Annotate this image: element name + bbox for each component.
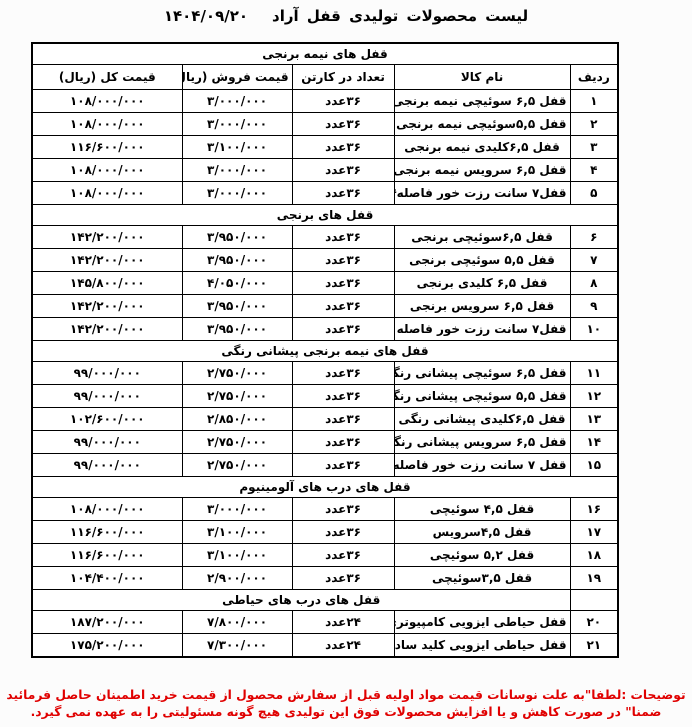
product-row: ۱۶قفل ۴,۵ سوئیچی۳۶عدد۳/۰۰۰/۰۰۰۱۰۸/۰۰۰/۰۰… — [32, 498, 618, 521]
cell-sale-price: ۳/۱۰۰/۰۰۰ — [182, 136, 292, 159]
cell-carton-qty: ۳۶عدد — [292, 90, 394, 113]
cell-sale-price: ۲/۷۵۰/۰۰۰ — [182, 362, 292, 385]
cell-carton-qty: ۳۶عدد — [292, 182, 394, 205]
cell-sale-price: ۳/۰۰۰/۰۰۰ — [182, 90, 292, 113]
page-title: لیست محصولات تولیدی قفل آراد — [272, 7, 528, 25]
cell-product-name: قفل ۶,۵ سوئیچی نیمه برنجی — [394, 90, 570, 113]
cell-sale-price: ۳/۰۰۰/۰۰۰ — [182, 182, 292, 205]
cell-sale-price: ۳/۱۰۰/۰۰۰ — [182, 521, 292, 544]
cell-sale-price: ۷/۳۰۰/۰۰۰ — [182, 634, 292, 658]
cell-total-price: ۱۷۵/۲۰۰/۰۰۰ — [32, 634, 182, 658]
product-row: ۲قفل ۵,۵سوئیچی نیمه برنجی۳۶عدد۳/۰۰۰/۰۰۰۱… — [32, 113, 618, 136]
cell-row-number: ۲۱ — [570, 634, 618, 658]
page-title-row: لیست محصولات تولیدی قفل آراد۱۴۰۴/۰۹/۲۰ — [0, 7, 692, 25]
cell-product-name: قفل ۶,۵کلیدی پیشانی رنگی — [394, 408, 570, 431]
cell-total-price: ۹۹/۰۰۰/۰۰۰ — [32, 454, 182, 477]
cell-total-price: ۱۰۸/۰۰۰/۰۰۰ — [32, 182, 182, 205]
product-row: ۱۱قفل ۶,۵ سوئیچی پیشانی رنگی۳۶عدد۲/۷۵۰/۰… — [32, 362, 618, 385]
cell-row-number: ۶ — [570, 226, 618, 249]
cell-product-name: قفل ۶,۵سوئیچی برنجی — [394, 226, 570, 249]
cell-product-name: قفل ۶,۵ سرویس نیمه برنجی — [394, 159, 570, 182]
cell-carton-qty: ۳۶عدد — [292, 113, 394, 136]
product-row: ۱۵قفل ۷ سانت رزت خور فاصله ۴۵۳۶عدد۲/۷۵۰/… — [32, 454, 618, 477]
footer-note-line2: ضمنا" در صورت کاهش و یا افزایش محصولات ف… — [0, 704, 692, 721]
cell-carton-qty: ۲۴عدد — [292, 634, 394, 658]
section-title-row: قفل های نیمه برنجی — [32, 43, 618, 65]
cell-carton-qty: ۳۶عدد — [292, 544, 394, 567]
column-header-total: قیمت کل (ریال) — [32, 65, 182, 90]
column-header-no: ردیف — [570, 65, 618, 90]
cell-product-name: قفل ۵,۲ سوئیچی — [394, 544, 570, 567]
product-row: ۸قفل ۶,۵ کلیدی برنجی۳۶عدد۴/۰۵۰/۰۰۰۱۴۵/۸۰… — [32, 272, 618, 295]
section-title: قفل های درب های حیاطی — [32, 590, 570, 611]
cell-row-number: ۱۴ — [570, 431, 618, 454]
cell-carton-qty: ۳۶عدد — [292, 136, 394, 159]
cell-total-price: ۱۰۴/۴۰۰/۰۰۰ — [32, 567, 182, 590]
cell-row-number: ۵ — [570, 182, 618, 205]
product-row: ۵قفل۷ سانت رزت خور فاصله۴۳۶عدد۳/۰۰۰/۰۰۰۱… — [32, 182, 618, 205]
cell-row-number: ۲۰ — [570, 611, 618, 634]
cell-product-name: قفل ۵,۵سوئیچی نیمه برنجی — [394, 113, 570, 136]
product-row: ۱۷قفل ۴,۵سرویس۳۶عدد۳/۱۰۰/۰۰۰۱۱۶/۶۰۰/۰۰۰ — [32, 521, 618, 544]
column-header-row: ردیفنام کالاتعداد در کارتنقیمت فروش (ریا… — [32, 65, 618, 90]
section-title-row: قفل های درب های آلومینیوم — [32, 477, 618, 498]
cell-total-price: ۱۰۸/۰۰۰/۰۰۰ — [32, 159, 182, 182]
cell-carton-qty: ۳۶عدد — [292, 385, 394, 408]
cell-total-price: ۱۴۲/۲۰۰/۰۰۰ — [32, 318, 182, 341]
cell-sale-price: ۲/۷۵۰/۰۰۰ — [182, 385, 292, 408]
product-row: ۱۲قفل ۵,۵ سوئیچی پیشانی رنگی۳۶عدد۲/۷۵۰/۰… — [32, 385, 618, 408]
product-row: ۱۸قفل ۵,۲ سوئیچی۳۶عدد۳/۱۰۰/۰۰۰۱۱۶/۶۰۰/۰۰… — [32, 544, 618, 567]
cell-row-number: ۱۲ — [570, 385, 618, 408]
cell-row-number: ۱۵ — [570, 454, 618, 477]
cell-row-number: ۱ — [570, 90, 618, 113]
page-date: ۱۴۰۴/۰۹/۲۰ — [164, 7, 248, 25]
cell-product-name: قفل ۵,۵ سوئیچی برنجی — [394, 249, 570, 272]
product-row: ۲۱قفل حیاطی ایزویی کلید ساده۲۴عدد۷/۳۰۰/۰… — [32, 634, 618, 658]
cell-carton-qty: ۳۶عدد — [292, 249, 394, 272]
product-row: ۱قفل ۶,۵ سوئیچی نیمه برنجی۳۶عدد۳/۰۰۰/۰۰۰… — [32, 90, 618, 113]
product-row: ۱۹قفل ۳,۵سوئیچی۳۶عدد۲/۹۰۰/۰۰۰۱۰۴/۴۰۰/۰۰۰ — [32, 567, 618, 590]
cell-carton-qty: ۲۴عدد — [292, 611, 394, 634]
cell-row-number: ۱۱ — [570, 362, 618, 385]
column-header-price: قیمت فروش (ریال) — [182, 65, 292, 90]
cell-total-price: ۹۹/۰۰۰/۰۰۰ — [32, 362, 182, 385]
cell-product-name: قفل۷ سانت رزت خور فاصله۴ — [394, 182, 570, 205]
cell-sale-price: ۲/۹۰۰/۰۰۰ — [182, 567, 292, 590]
cell-row-number: ۳ — [570, 136, 618, 159]
cell-total-price: ۱۱۶/۶۰۰/۰۰۰ — [32, 544, 182, 567]
cell-product-name: قفل ۵,۵ سوئیچی پیشانی رنگی — [394, 385, 570, 408]
section-title-row: قفل های درب های حیاطی — [32, 590, 618, 611]
cell-total-price: ۱۱۶/۶۰۰/۰۰۰ — [32, 136, 182, 159]
section-title: قفل های نیمه برنجی پیشانی رنگی — [32, 341, 618, 362]
cell-product-name: قفل حیاطی ایزویی کلید ساده — [394, 634, 570, 658]
product-row: ۹قفل ۶,۵ سرویس برنجی۳۶عدد۳/۹۵۰/۰۰۰۱۴۲/۲۰… — [32, 295, 618, 318]
cell-carton-qty: ۳۶عدد — [292, 567, 394, 590]
cell-product-name: قفل ۴,۵ سوئیچی — [394, 498, 570, 521]
cell-sale-price: ۴/۰۵۰/۰۰۰ — [182, 272, 292, 295]
cell-total-price: ۱۴۵/۸۰۰/۰۰۰ — [32, 272, 182, 295]
cell-total-price: ۱۴۲/۲۰۰/۰۰۰ — [32, 249, 182, 272]
cell-sale-price: ۷/۸۰۰/۰۰۰ — [182, 611, 292, 634]
product-row: ۱۳قفل ۶,۵کلیدی پیشانی رنگی۳۶عدد۲/۸۵۰/۰۰۰… — [32, 408, 618, 431]
section-title-row: قفل های نیمه برنجی پیشانی رنگی — [32, 341, 618, 362]
cell-carton-qty: ۳۶عدد — [292, 521, 394, 544]
cell-carton-qty: ۳۶عدد — [292, 454, 394, 477]
cell-sale-price: ۳/۹۵۰/۰۰۰ — [182, 295, 292, 318]
cell-carton-qty: ۳۶عدد — [292, 408, 394, 431]
cell-carton-qty: ۳۶عدد — [292, 498, 394, 521]
product-row: ۲۰قفل حیاطی ایزویی کامپیوتری۲۴عدد۷/۸۰۰/۰… — [32, 611, 618, 634]
cell-product-name: قفل ۳,۵سوئیچی — [394, 567, 570, 590]
cell-product-name: قفل ۶,۵کلیدی نیمه برنجی — [394, 136, 570, 159]
cell-row-number: ۱۳ — [570, 408, 618, 431]
cell-row-number: ۴ — [570, 159, 618, 182]
price-table: قفل های نیمه برنجیردیفنام کالاتعداد در ک… — [31, 42, 619, 658]
product-row: ۱۴قفل ۶,۵ سرویس پیشانی رنگی۳۶عدد۲/۷۵۰/۰۰… — [32, 431, 618, 454]
product-row: ۱۰قفل۷ سانت رزت خور فاصله ۴۵۳۶عدد۳/۹۵۰/۰… — [32, 318, 618, 341]
cell-row-number: ۹ — [570, 295, 618, 318]
cell-sale-price: ۲/۸۵۰/۰۰۰ — [182, 408, 292, 431]
cell-total-price: ۹۹/۰۰۰/۰۰۰ — [32, 431, 182, 454]
column-header-name: نام کالا — [394, 65, 570, 90]
cell-sale-price: ۳/۹۵۰/۰۰۰ — [182, 226, 292, 249]
column-header-qty: تعداد در کارتن — [292, 65, 394, 90]
cell-total-price: ۱۴۲/۲۰۰/۰۰۰ — [32, 226, 182, 249]
cell-carton-qty: ۳۶عدد — [292, 431, 394, 454]
section-title: قفل های درب های آلومینیوم — [32, 477, 618, 498]
cell-carton-qty: ۳۶عدد — [292, 272, 394, 295]
row-number-empty-cell — [570, 590, 618, 611]
price-list-page: لیست محصولات تولیدی قفل آراد۱۴۰۴/۰۹/۲۰ ق… — [0, 0, 692, 727]
cell-sale-price: ۳/۰۰۰/۰۰۰ — [182, 159, 292, 182]
cell-sale-price: ۳/۹۵۰/۰۰۰ — [182, 249, 292, 272]
price-table-body: قفل های نیمه برنجیردیفنام کالاتعداد در ک… — [32, 43, 618, 657]
section-title-row: قفل های برنجی — [32, 205, 618, 226]
cell-product-name: قفل ۶,۵ سرویس برنجی — [394, 295, 570, 318]
cell-row-number: ۷ — [570, 249, 618, 272]
cell-carton-qty: ۳۶عدد — [292, 318, 394, 341]
cell-sale-price: ۳/۰۰۰/۰۰۰ — [182, 498, 292, 521]
cell-total-price: ۱۰۸/۰۰۰/۰۰۰ — [32, 113, 182, 136]
cell-carton-qty: ۳۶عدد — [292, 295, 394, 318]
product-row: ۶قفل ۶,۵سوئیچی برنجی۳۶عدد۳/۹۵۰/۰۰۰۱۴۲/۲۰… — [32, 226, 618, 249]
footer-notes: توضیحات :لطفا"به علت نوسانات قیمت مواد ا… — [0, 687, 692, 721]
cell-total-price: ۱۸۷/۲۰۰/۰۰۰ — [32, 611, 182, 634]
cell-total-price: ۱۰۸/۰۰۰/۰۰۰ — [32, 90, 182, 113]
cell-total-price: ۹۹/۰۰۰/۰۰۰ — [32, 385, 182, 408]
cell-product-name: قفل ۷ سانت رزت خور فاصله ۴۵ — [394, 454, 570, 477]
cell-row-number: ۱۹ — [570, 567, 618, 590]
cell-total-price: ۱۱۶/۶۰۰/۰۰۰ — [32, 521, 182, 544]
cell-product-name: قفل۷ سانت رزت خور فاصله ۴۵ — [394, 318, 570, 341]
cell-sale-price: ۲/۷۵۰/۰۰۰ — [182, 431, 292, 454]
product-row: ۷قفل ۵,۵ سوئیچی برنجی۳۶عدد۳/۹۵۰/۰۰۰۱۴۲/۲… — [32, 249, 618, 272]
cell-row-number: ۱۶ — [570, 498, 618, 521]
cell-total-price: ۱۴۲/۲۰۰/۰۰۰ — [32, 295, 182, 318]
product-row: ۳قفل ۶,۵کلیدی نیمه برنجی۳۶عدد۳/۱۰۰/۰۰۰۱۱… — [32, 136, 618, 159]
cell-sale-price: ۲/۷۵۰/۰۰۰ — [182, 454, 292, 477]
section-title: قفل های برنجی — [32, 205, 618, 226]
cell-carton-qty: ۳۶عدد — [292, 362, 394, 385]
cell-total-price: ۱۰۸/۰۰۰/۰۰۰ — [32, 498, 182, 521]
cell-row-number: ۱۰ — [570, 318, 618, 341]
cell-product-name: قفل ۴,۵سرویس — [394, 521, 570, 544]
cell-product-name: قفل حیاطی ایزویی کامپیوتری — [394, 611, 570, 634]
cell-product-name: قفل ۶,۵ سرویس پیشانی رنگی — [394, 431, 570, 454]
cell-product-name: قفل ۶,۵ سوئیچی پیشانی رنگی — [394, 362, 570, 385]
cell-sale-price: ۳/۹۵۰/۰۰۰ — [182, 318, 292, 341]
cell-carton-qty: ۳۶عدد — [292, 159, 394, 182]
cell-row-number: ۲ — [570, 113, 618, 136]
cell-row-number: ۱۷ — [570, 521, 618, 544]
product-row: ۴قفل ۶,۵ سرویس نیمه برنجی۳۶عدد۳/۰۰۰/۰۰۰۱… — [32, 159, 618, 182]
cell-carton-qty: ۳۶عدد — [292, 226, 394, 249]
cell-sale-price: ۳/۰۰۰/۰۰۰ — [182, 113, 292, 136]
footer-note-line1: توضیحات :لطفا"به علت نوسانات قیمت مواد ا… — [0, 687, 692, 704]
cell-product-name: قفل ۶,۵ کلیدی برنجی — [394, 272, 570, 295]
section-title: قفل های نیمه برنجی — [32, 43, 618, 65]
cell-row-number: ۱۸ — [570, 544, 618, 567]
cell-sale-price: ۳/۱۰۰/۰۰۰ — [182, 544, 292, 567]
cell-row-number: ۸ — [570, 272, 618, 295]
cell-total-price: ۱۰۲/۶۰۰/۰۰۰ — [32, 408, 182, 431]
